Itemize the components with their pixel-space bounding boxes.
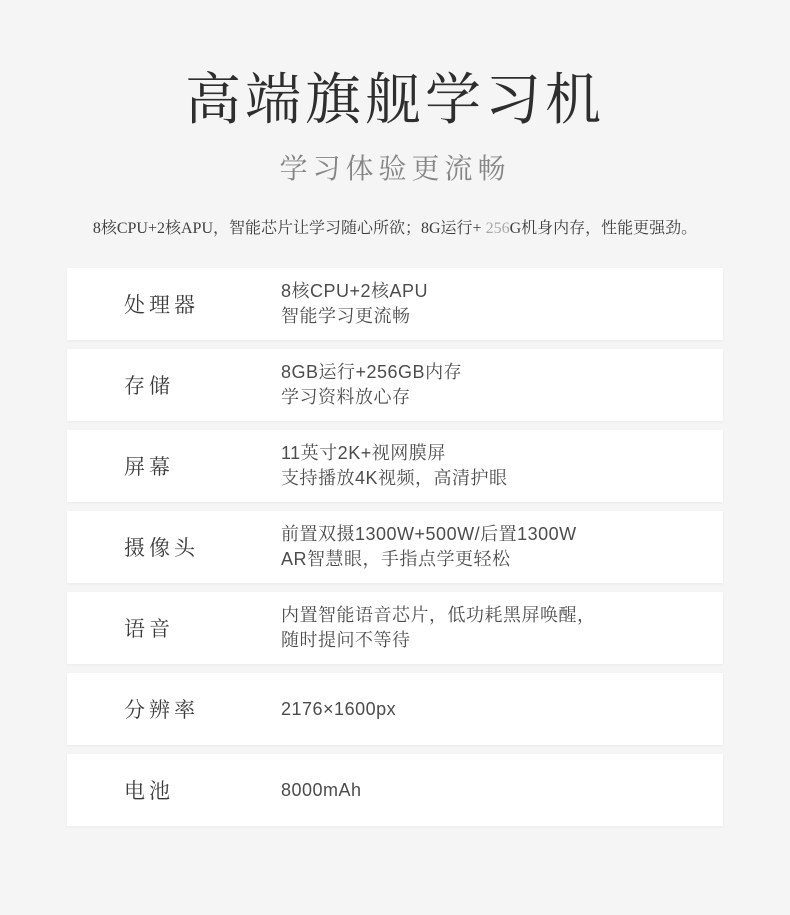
product-description: 8核CPU+2核APU，智能芯片让学习随心所欲；8G运行+ 256G机身内存，性… (0, 217, 790, 241)
spec-value: 8GB运行+256GB内存 学习资料放心存 (281, 360, 462, 410)
spec-value-line1: 前置双摄1300W+500W/后置1300W (281, 522, 577, 547)
spec-label: 电池 (67, 775, 281, 805)
spec-value: 前置双摄1300W+500W/后置1300W AR智慧眼，手指点学更轻松 (281, 522, 577, 572)
spec-row: 电池 8000mAh (67, 754, 723, 826)
spec-value: 11英寸2K+视网膜屏 支持播放4K视频，高清护眼 (281, 441, 508, 491)
spec-value-line1: 2176×1600px (281, 697, 396, 722)
spec-value-line2: 智能学习更流畅 (281, 304, 428, 329)
spec-value-line2: AR智慧眼，手指点学更轻松 (281, 547, 577, 572)
description-highlight: 256 (486, 220, 510, 237)
spec-label: 语音 (67, 613, 281, 643)
spec-value-line1: 8000mAh (281, 778, 362, 803)
spec-label: 屏幕 (67, 451, 281, 481)
spec-row: 语音 内置智能语音芯片，低功耗黑屏唤醒， 随时提问不等待 (67, 592, 723, 664)
spec-value: 8核CPU+2核APU 智能学习更流畅 (281, 279, 428, 329)
description-part1: 8核CPU+2核APU，智能芯片让学习随心所欲；8G运行+ (93, 220, 486, 237)
spec-label: 摄像头 (67, 532, 281, 562)
description-part2: G机身内存，性能更强劲。 (510, 220, 698, 237)
spec-label: 分辨率 (67, 694, 281, 724)
spec-value-line1: 8GB运行+256GB内存 (281, 360, 462, 385)
spec-value-line1: 内置智能语音芯片，低功耗黑屏唤醒， (281, 603, 596, 628)
spec-row: 屏幕 11英寸2K+视网膜屏 支持播放4K视频，高清护眼 (67, 430, 723, 502)
spec-value-line1: 11英寸2K+视网膜屏 (281, 441, 508, 466)
spec-value: 2176×1600px (281, 697, 396, 722)
spec-value-line2: 学习资料放心存 (281, 385, 462, 410)
spec-row: 存储 8GB运行+256GB内存 学习资料放心存 (67, 349, 723, 421)
spec-row: 处理器 8核CPU+2核APU 智能学习更流畅 (67, 268, 723, 340)
spec-value-line2: 随时提问不等待 (281, 628, 596, 653)
spec-value-line1: 8核CPU+2核APU (281, 279, 428, 304)
spec-row: 分辨率 2176×1600px (67, 673, 723, 745)
spec-row: 摄像头 前置双摄1300W+500W/后置1300W AR智慧眼，手指点学更轻松 (67, 511, 723, 583)
spec-list: 处理器 8核CPU+2核APU 智能学习更流畅 存储 8GB运行+256GB内存… (67, 268, 723, 826)
spec-value-line2: 支持播放4K视频，高清护眼 (281, 466, 508, 491)
spec-label: 存储 (67, 370, 281, 400)
spec-value: 内置智能语音芯片，低功耗黑屏唤醒， 随时提问不等待 (281, 603, 596, 653)
spec-label: 处理器 (67, 289, 281, 319)
page-title: 高端旗舰学习机 (0, 72, 790, 128)
spec-value: 8000mAh (281, 778, 362, 803)
page-header: 高端旗舰学习机 学习体验更流畅 8核CPU+2核APU，智能芯片让学习随心所欲；… (0, 72, 790, 241)
page-subtitle: 学习体验更流畅 (0, 155, 790, 183)
